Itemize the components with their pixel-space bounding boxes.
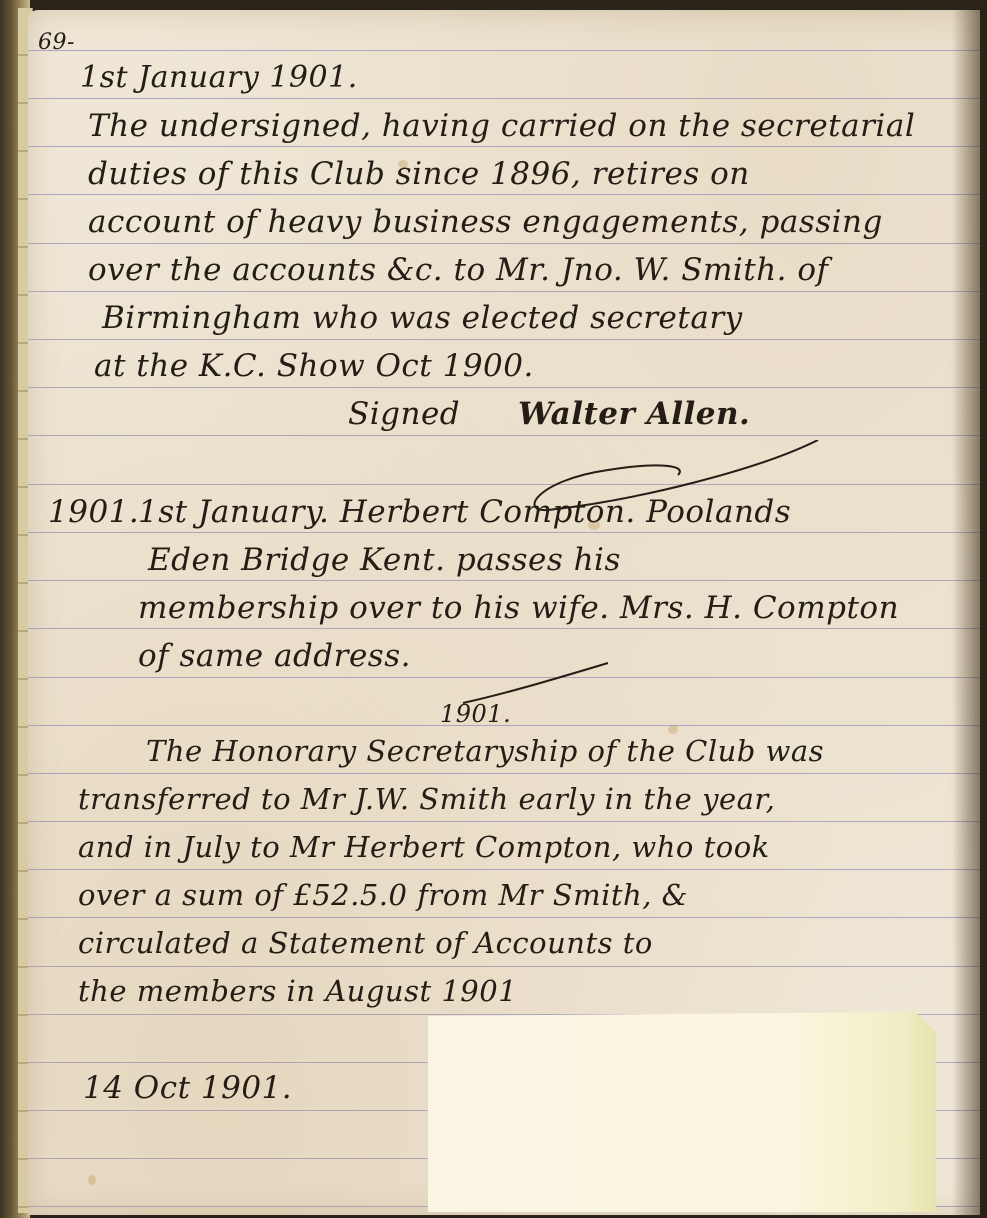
entry-2-line: membership over to his wife. Mrs. H. Com… [138,590,899,626]
ruled-line [28,532,980,533]
page-number: 69- [38,30,75,55]
entry-3-line: transferred to Mr J.W. Smith early in th… [78,782,775,816]
ruled-line [28,339,980,340]
entry-2-year-margin: 1901. [48,494,139,530]
ruled-line [28,580,980,581]
entry-1-line: The undersigned, having carried on the s… [88,108,915,144]
ruled-line [28,966,980,967]
ruled-line [28,50,980,51]
page-curl-shadow [952,10,980,1215]
entry-1-line: at the K.C. Show Oct 1900. [94,348,534,384]
entry-3-line: circulated a Statement of Accounts to [78,926,653,960]
entry-1-line: over the accounts &c. to Mr. Jno. W. Smi… [88,252,829,288]
ruled-line [28,628,980,629]
signature-label: Signed [348,396,460,432]
ruled-line [28,435,980,436]
entry-3-line: over a sum of £52.5.0 from Mr Smith, & [78,878,688,912]
foxing-stain [88,1175,96,1185]
ruled-line [28,917,980,918]
ruled-line [28,243,980,244]
ruled-line [28,387,980,388]
ruled-line [28,821,980,822]
entry-3-year: 1901. [440,700,511,728]
ruled-line [28,98,980,99]
ruled-line [28,291,980,292]
foxing-stain [668,725,678,734]
pasted-paper-slip [428,1012,936,1212]
entry-3-line: and in July to Mr Herbert Compton, who t… [78,830,770,864]
ruled-line [28,194,980,195]
entry-3-line: the members in August 1901 [78,974,517,1008]
entry-4-date: 14 Oct 1901. [83,1070,292,1106]
entry-2-line: of same address. [138,638,411,674]
entry-2-line: Eden Bridge Kent. passes his [148,542,621,578]
ruled-line [28,869,980,870]
signature: Walter Allen. [518,396,750,432]
entry-1-line: Birmingham who was elected secretary [102,300,743,336]
ruled-line [28,146,980,147]
entry-2-line: 1st January. Herbert Compton. Poolands [138,494,791,530]
entry-1-line: account of heavy business engagements, p… [88,204,883,240]
entry-1-line: duties of this Club since 1896, retires … [88,156,750,192]
entry-1-date: 1st January 1901. [80,60,358,95]
ruled-line [28,773,980,774]
entry-3-line: The Honorary Secretaryship of the Club w… [146,734,824,768]
